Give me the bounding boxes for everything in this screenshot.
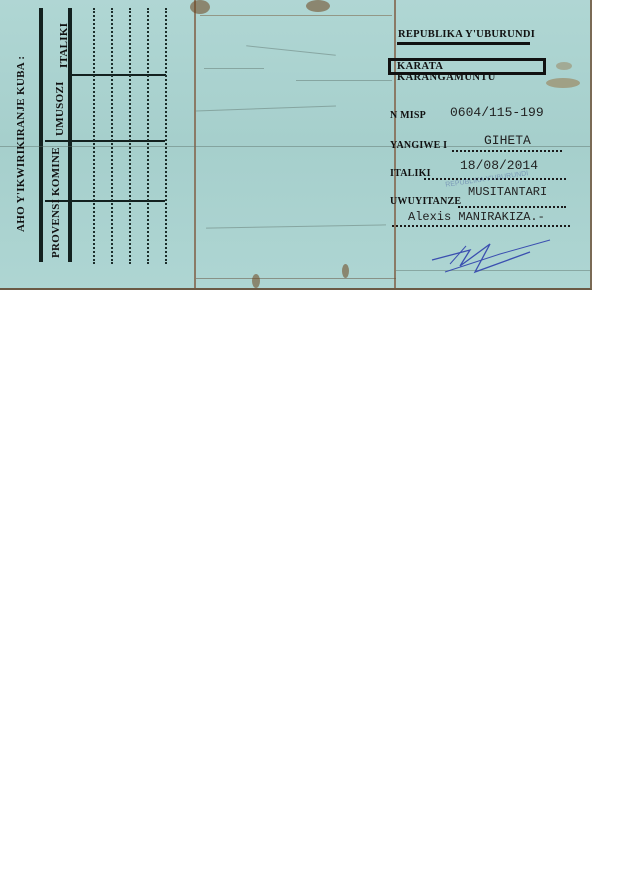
field-label-uwuyitanze: UWUYITANZE xyxy=(390,196,461,207)
crease xyxy=(246,45,336,55)
column-header-komine: KOMINE xyxy=(50,147,62,196)
dotted-line xyxy=(111,8,113,264)
field-label-yangiwe: YANGIWE I xyxy=(390,140,447,151)
left-panel: AHO Y'IKWIRIKIRANJE KUBA : PROVENSI KOMI… xyxy=(0,0,196,288)
residence-heading: AHO Y'IKWIRIKIRANJE KUBA : xyxy=(15,56,27,232)
crease xyxy=(196,278,396,279)
stain xyxy=(342,264,349,278)
middle-panel xyxy=(196,0,396,288)
card-title: KARATA KARANGAMUNTU xyxy=(388,58,546,75)
country-title: REPUBLIKA Y'UBURUNDI xyxy=(398,29,535,40)
field-label-misp: N MISP xyxy=(390,110,426,121)
signature-icon xyxy=(430,232,560,282)
crease xyxy=(204,68,264,69)
column-header-provensi: PROVENSI xyxy=(50,199,62,258)
crease xyxy=(296,80,392,81)
field-value-yangiwe: GIHETA xyxy=(484,133,531,148)
crease xyxy=(0,146,196,147)
dotted-line xyxy=(129,8,131,264)
crease xyxy=(200,15,392,16)
column-header-italiki: ITALIKI xyxy=(58,23,70,68)
field-value-misp: 0604/115-199 xyxy=(450,105,544,120)
stain xyxy=(190,0,210,14)
field-dots xyxy=(452,150,562,152)
dotted-line xyxy=(165,8,167,264)
table-border-left xyxy=(39,8,43,262)
stain xyxy=(252,274,260,288)
crease xyxy=(196,146,396,147)
dotted-line xyxy=(93,8,95,264)
stain xyxy=(556,62,572,70)
title-underline xyxy=(397,42,530,45)
stain xyxy=(546,78,580,88)
crease xyxy=(206,224,386,228)
issuer-name: Alexis MANIRAKIZA.- xyxy=(408,210,545,224)
column-header-umusozi: UMUSOZI xyxy=(54,81,66,136)
identity-card: AHO Y'IKWIRIKIRANJE KUBA : PROVENSI KOMI… xyxy=(0,0,592,290)
table-divider-top xyxy=(70,74,166,76)
dotted-line xyxy=(147,8,149,264)
crease xyxy=(196,106,336,112)
field-dots xyxy=(458,206,566,208)
stain xyxy=(306,0,330,12)
field-dots xyxy=(392,225,570,227)
field-value-uwuyitanze: MUSITANTARI xyxy=(468,185,547,199)
